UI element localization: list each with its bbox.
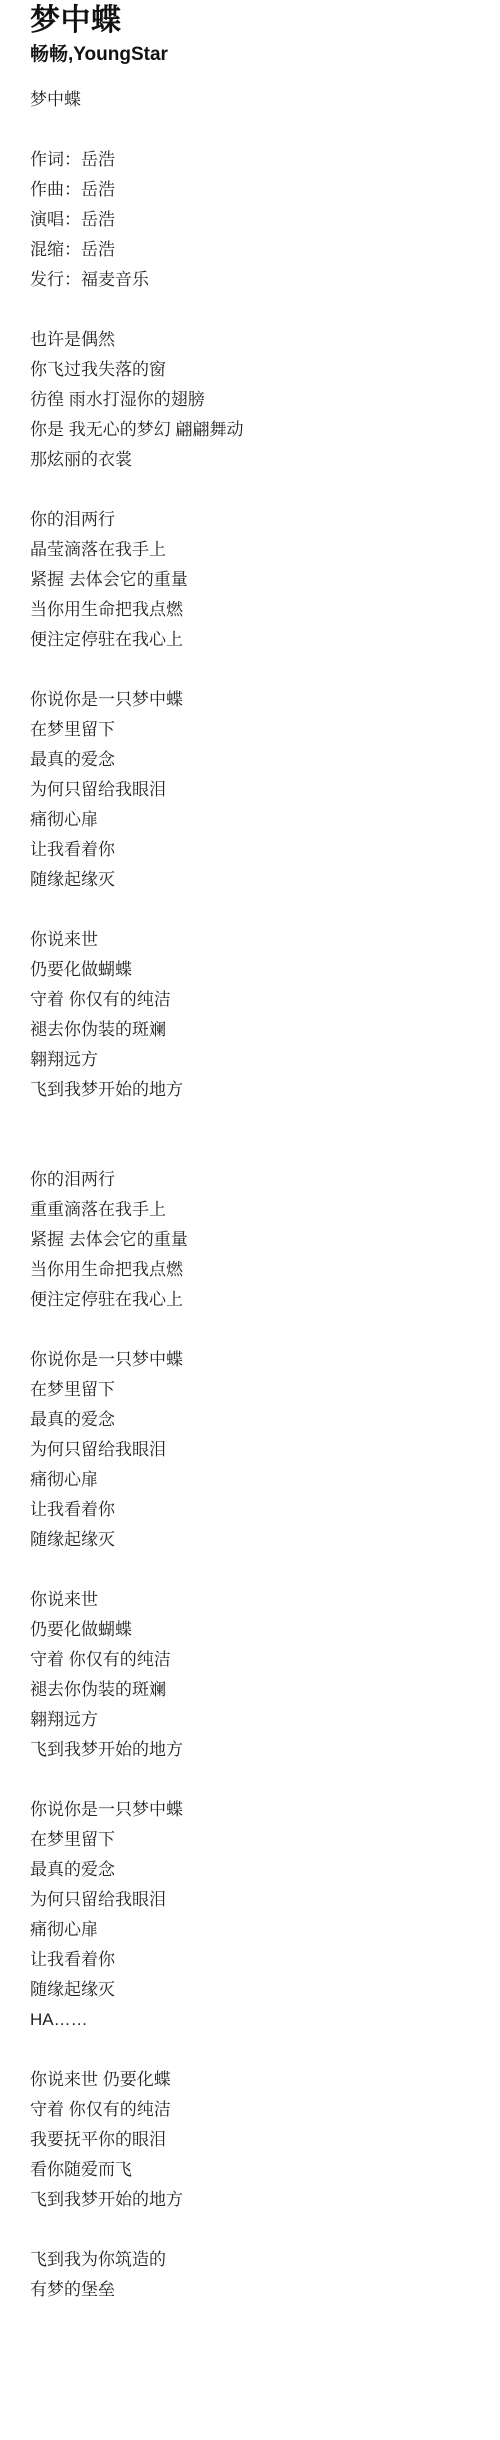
lyric-line: 紧握 去体会它的重量 [30, 1225, 470, 1255]
lyric-line: 你说来世 仍要化蝶 [30, 2065, 470, 2095]
lyric-line: 褪去你伪装的斑斓 [30, 1015, 470, 1045]
lyric-line: 守着 你仅有的纯洁 [30, 985, 470, 1015]
lyric-line: 你说来世 [30, 1585, 470, 1615]
lyric-blank-line [30, 2215, 470, 2245]
lyric-line: 也许是偶然 [30, 325, 470, 355]
lyric-line: 作词：岳浩 [30, 145, 470, 175]
lyric-line: 那炫丽的衣裳 [30, 445, 470, 475]
lyric-line: 你说你是一只梦中蝶 [30, 1345, 470, 1375]
lyric-blank-line [30, 1315, 470, 1345]
lyric-line: 仍要化做蝴蝶 [30, 1615, 470, 1645]
lyric-line: 有梦的堡垒 [30, 2275, 470, 2305]
lyric-line: 最真的爱念 [30, 745, 470, 775]
lyric-line: 翱翔远方 [30, 1705, 470, 1735]
lyric-line: 演唱：岳浩 [30, 205, 470, 235]
lyric-line: 随缘起缘灭 [30, 1975, 470, 2005]
lyric-line: 当你用生命把我点燃 [30, 1255, 470, 1285]
lyric-line: 看你随爱而飞 [30, 2155, 470, 2185]
lyric-line: HA…… [30, 2005, 470, 2035]
lyric-line: 飞到我梦开始的地方 [30, 2185, 470, 2215]
lyric-line: 翱翔远方 [30, 1045, 470, 1075]
artist-name: 畅畅,YoungStar [30, 42, 470, 68]
page-title: 梦中蝶 [30, 2, 470, 40]
lyric-blank-line [30, 1765, 470, 1795]
lyric-line: 飞到我为你筑造的 [30, 2245, 470, 2275]
lyrics-body: 梦中蝶作词：岳浩作曲：岳浩演唱：岳浩混缩：岳浩发行：福麦音乐也许是偶然你飞过我失… [30, 85, 470, 2305]
lyric-line: 痛彻心扉 [30, 1915, 470, 1945]
lyric-line: 飞到我梦开始的地方 [30, 1075, 470, 1105]
lyric-line: 随缘起缘灭 [30, 1525, 470, 1555]
lyric-line: 最真的爱念 [30, 1405, 470, 1435]
lyric-line: 守着 你仅有的纯洁 [30, 2095, 470, 2125]
lyric-line: 便注定停驻在我心上 [30, 1285, 470, 1315]
lyric-line: 仍要化做蝴蝶 [30, 955, 470, 985]
lyric-blank-line [30, 895, 470, 925]
lyric-line: 飞到我梦开始的地方 [30, 1735, 470, 1765]
lyric-line: 彷徨 雨水打湿你的翅膀 [30, 385, 470, 415]
lyric-line: 混缩：岳浩 [30, 235, 470, 265]
lyric-line: 重重滴落在我手上 [30, 1195, 470, 1225]
lyric-line: 随缘起缘灭 [30, 865, 470, 895]
lyric-line: 为何只留给我眼泪 [30, 1885, 470, 1915]
lyric-line: 你的泪两行 [30, 1165, 470, 1195]
lyric-blank-line [30, 2035, 470, 2065]
lyric-blank-line [30, 1555, 470, 1585]
lyric-line: 发行：福麦音乐 [30, 265, 470, 295]
lyric-line: 作曲：岳浩 [30, 175, 470, 205]
lyric-line: 在梦里留下 [30, 1375, 470, 1405]
lyric-blank-line [30, 475, 470, 505]
lyric-line: 守着 你仅有的纯洁 [30, 1645, 470, 1675]
lyric-line: 痛彻心扉 [30, 1465, 470, 1495]
lyric-line: 紧握 去体会它的重量 [30, 565, 470, 595]
lyric-line: 你的泪两行 [30, 505, 470, 535]
lyric-line: 最真的爱念 [30, 1855, 470, 1885]
lyric-line: 痛彻心扉 [30, 805, 470, 835]
lyric-blank-line [30, 1135, 470, 1165]
lyric-line: 在梦里留下 [30, 715, 470, 745]
lyric-line: 你说你是一只梦中蝶 [30, 1795, 470, 1825]
lyric-line: 当你用生命把我点燃 [30, 595, 470, 625]
lyric-blank-line [30, 295, 470, 325]
lyric-line: 让我看着你 [30, 1945, 470, 1975]
lyric-line: 你飞过我失落的窗 [30, 355, 470, 385]
lyric-line: 你是 我无心的梦幻 翩翩舞动 [30, 415, 470, 445]
lyric-blank-line [30, 115, 470, 145]
lyric-blank-line [30, 1105, 470, 1135]
lyric-line: 为何只留给我眼泪 [30, 1435, 470, 1465]
lyric-line: 让我看着你 [30, 1495, 470, 1525]
lyric-blank-line [30, 655, 470, 685]
lyric-line: 在梦里留下 [30, 1825, 470, 1855]
lyric-line: 梦中蝶 [30, 85, 470, 115]
lyric-line: 你说你是一只梦中蝶 [30, 685, 470, 715]
lyric-line: 晶莹滴落在我手上 [30, 535, 470, 565]
lyric-line: 为何只留给我眼泪 [30, 775, 470, 805]
lyric-line: 你说来世 [30, 925, 470, 955]
lyric-line: 让我看着你 [30, 835, 470, 865]
lyric-line: 我要抚平你的眼泪 [30, 2125, 470, 2155]
lyrics-page: 梦中蝶 畅畅,YoungStar 梦中蝶作词：岳浩作曲：岳浩演唱：岳浩混缩：岳浩… [0, 0, 500, 2440]
lyric-line: 褪去你伪装的斑斓 [30, 1675, 470, 1705]
lyric-line: 便注定停驻在我心上 [30, 625, 470, 655]
